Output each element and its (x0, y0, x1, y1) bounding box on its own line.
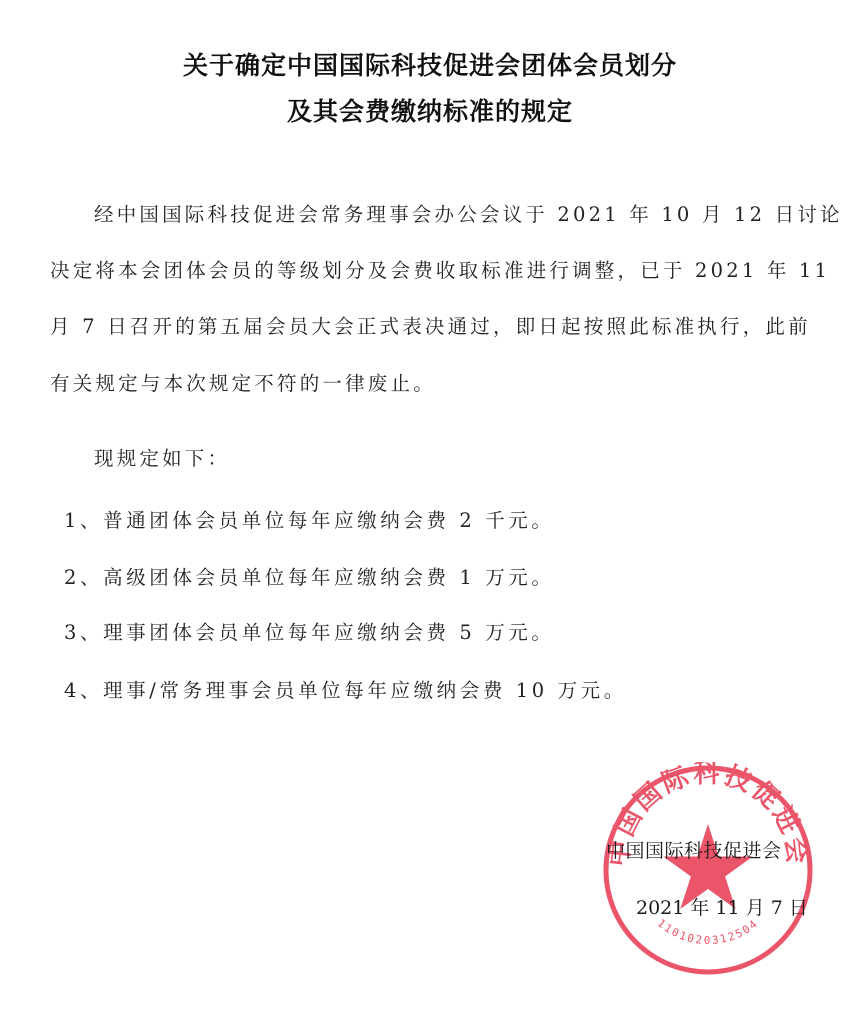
list-item: 2、高级团体会员单位每年应缴纳会费 1 万元。 (64, 562, 555, 590)
paragraph-line: 月 7 日召开的第五届会员大会正式表决通过，即日起按照此标准执行，此前 (50, 311, 820, 339)
signature-organization: 中国国际科技促进会 (606, 836, 782, 863)
rules-intro: 现规定如下： (94, 443, 860, 471)
list-item: 1、普通团体会员单位每年应缴纳会费 2 千元。 (64, 505, 555, 533)
official-seal: 中国国际科技促进会 1101020312504 (600, 762, 816, 978)
paragraph-line: 决定将本会团体会员的等级划分及会费收取标准进行调整，已于 2021 年 11 (50, 255, 820, 283)
document-title-line-1: 关于确定中国国际科技促进会团体会员划分 (0, 46, 860, 82)
list-item: 3、理事团体会员单位每年应缴纳会费 5 万元。 (64, 617, 555, 645)
document-title-line-2: 及其会费缴纳标准的规定 (0, 92, 860, 128)
paragraph-line: 经中国国际科技促进会常务理事会办公会议于 2021 年 10 月 12 日讨论 (94, 199, 860, 227)
list-item: 4、理事/常务理事会员单位每年应缴纳会费 10 万元。 (64, 675, 627, 703)
signature-date: 2021 年 11 月 7 日 (636, 893, 808, 920)
seal-code: 1101020312504 (655, 917, 761, 948)
paragraph-line: 有关规定与本次规定不符的一律废止。 (50, 368, 820, 396)
